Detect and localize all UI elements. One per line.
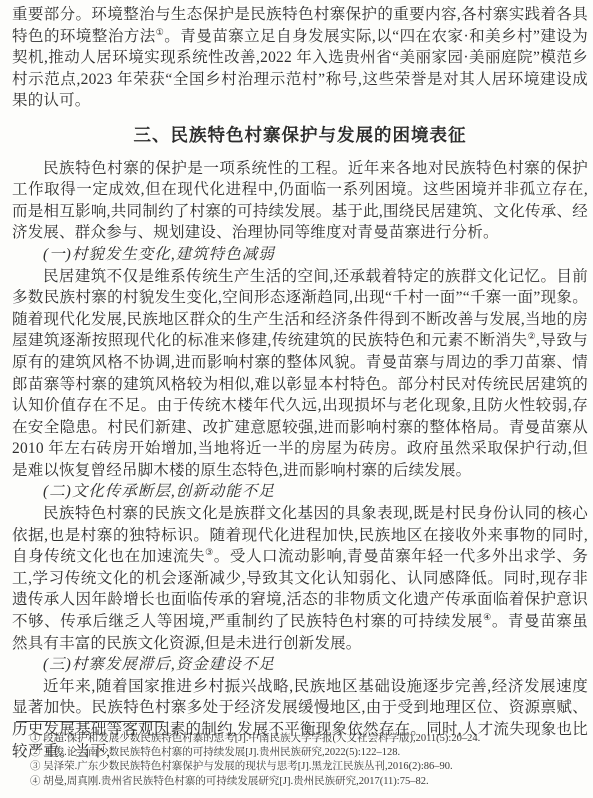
subsection-heading-3: (三)村寨发展滞后,资金建设不足 (12, 654, 588, 676)
subsection-paragraph-1: 民居建筑不仅是维系传统生产生活的空间,还承载着特定的族群文化记忆。目前多数民族村… (12, 266, 588, 482)
footnote-1: ① 段超.保护和发展少数民族特色村寨的思考[J].中南民族大学学报(人文社会科学… (30, 732, 588, 746)
footnote-4: ④ 胡曼,周真刚.贵州省民族特色村寨的可持续发展研究[J].贵州民族研究,201… (30, 775, 588, 789)
page-body: 重要部分。环境整治与生态保护是民族特色村寨保护的重要内容,各村寨实践着各具特色的… (12, 4, 588, 762)
footnote-2: ② 王俊.论云南少数民族特色村寨的可持续发展[J].贵州民族研究,2022(5)… (30, 746, 588, 760)
section-intro-paragraph: 民族特色村寨的保护是一项系统性的工程。近年来各地对民族特色村寨的保护工作取得一定… (12, 158, 588, 244)
subsection-heading-1: (一)村貌发生变化,建筑特色减弱 (12, 244, 588, 266)
subsection-heading-2: (二)文化传承断层,创新动能不足 (12, 481, 588, 503)
document-page: 重要部分。环境整治与生态保护是民族特色村寨保护的重要内容,各村寨实践着各具特色的… (0, 0, 593, 798)
paragraph-continuation: 重要部分。环境整治与生态保护是民族特色村寨保护的重要内容,各村寨实践着各具特色的… (12, 4, 588, 112)
section-heading: 三、民族特色村寨保护与发展的困境表征 (12, 125, 588, 147)
subsection-paragraph-2: 民族特色村寨的民族文化是族群文化基因的具象表现,既是村民身份认同的核心依据,也是… (12, 503, 588, 654)
footnote-separator (16, 721, 164, 722)
footnotes-section: ① 段超.保护和发展少数民族特色村寨的思考[J].中南民族大学学报(人文社会科学… (12, 721, 588, 789)
footnote-3: ③ 吴泽荣.广东少数民族特色村寨保护与发展的现状与思考[J].黑龙江民族丛刊,2… (30, 760, 588, 774)
